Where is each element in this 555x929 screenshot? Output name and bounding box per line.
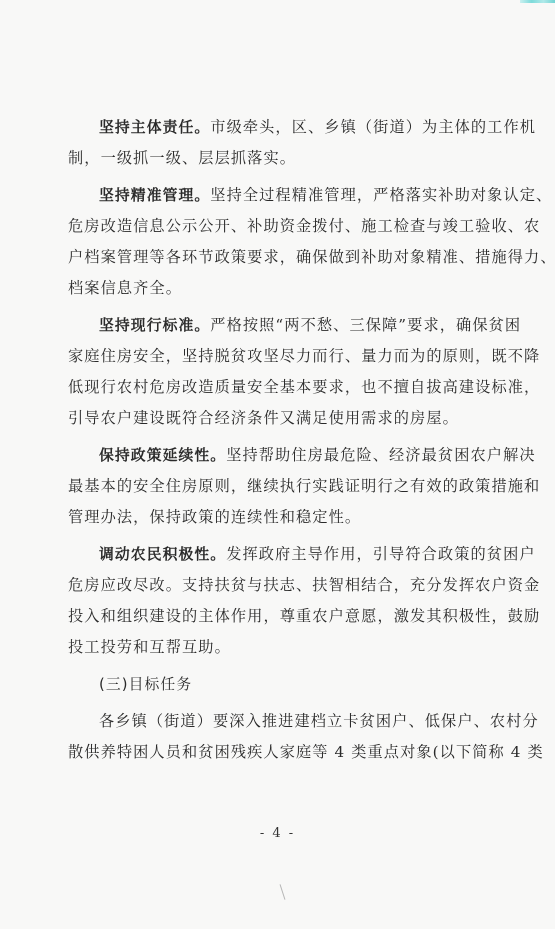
paragraph-lead: 调动农民积极性。 (99, 546, 226, 563)
paragraph-lead: 保持政策延续性。 (99, 447, 226, 464)
paragraph-text: 市级牵头，区、乡镇（街道）为主体的工作机 (210, 118, 536, 136)
text-line: 危房应改尽改。支持扶贫与扶志、扶智相结合，充分发挥农户资金 (68, 570, 484, 601)
text-line: 最基本的安全住房原则，继续执行实践证明行之有效的政策措施和 (68, 471, 484, 502)
text-line: 保持政策延续性。坚持帮助住房最危险、经济最贫困农户解决 (68, 440, 484, 471)
text-line: 管理办法，保持政策的连续性和稳定性。 (68, 502, 484, 533)
paragraph-lead: 坚持现行标准。 (99, 317, 210, 334)
paragraph-main-responsibility: 坚持主体责任。市级牵头，区、乡镇（街道）为主体的工作机 制，一级抓一级、层层抓落… (68, 112, 484, 174)
document-page: 坚持主体责任。市级牵头，区、乡镇（街道）为主体的工作机 制，一级抓一级、层层抓落… (68, 112, 484, 768)
paragraph-current-standards: 坚持现行标准。严格按照“两不愁、三保障”要求，确保贫困 家庭住房安全，坚持脱贫攻… (68, 310, 484, 434)
paragraph-lead: 坚持主体责任。 (99, 119, 210, 136)
paragraph-text: 坚持帮助住房最危险、经济最贫困农户解决 (226, 446, 535, 464)
page-number: - 4 - (0, 826, 555, 841)
text-line: 投工投劳和互帮互助。 (68, 632, 484, 663)
text-line: 危房改造信息公示公开、补助资金拨付、施工检查与竣工验收、农 (68, 211, 484, 242)
text-line: 引导农户建设既符合经济条件又满足使用需求的房屋。 (68, 403, 484, 434)
text-line: 低现行农村危房改造质量安全基本要求，也不擅自拔高建设标准， (68, 372, 484, 403)
text-line: 坚持精准管理。坚持全过程精准管理，严格落实补助对象认定、 (68, 180, 484, 211)
paragraph-target-tasks: 各乡镇（街道）要深入推进建档立卡贫困户、低保户、农村分 散供养特困人员和贫困残疾… (68, 706, 484, 768)
scan-artifact-mark (280, 884, 286, 900)
paragraph-farmer-motivation: 调动农民积极性。发挥政府主导作用，引导符合政策的贫困户 危房应改尽改。支持扶贫与… (68, 539, 484, 663)
text-line: 档案信息齐全。 (68, 273, 484, 304)
text-line: 制，一级抓一级、层层抓落实。 (68, 143, 484, 174)
paragraph-lead: 坚持精准管理。 (99, 187, 210, 204)
paragraph-policy-continuity: 保持政策延续性。坚持帮助住房最危险、经济最贫困农户解决 最基本的安全住房原则，继… (68, 440, 484, 533)
paragraph-text: 严格按照“两不愁、三保障”要求，确保贫困 (210, 316, 521, 334)
text-line: 家庭住房安全，坚持脱贫攻坚尽力而行、量力而为的原则，既不降 (68, 341, 484, 372)
paragraph-precise-management: 坚持精准管理。坚持全过程精准管理，严格落实补助对象认定、 危房改造信息公示公开、… (68, 180, 484, 304)
text-line: 散供养特困人员和贫困残疾人家庭等 4 类重点对象(以下简称 4 类 (68, 737, 484, 768)
scan-color-mark (520, 0, 555, 3)
section-heading: (三)目标任务 (68, 669, 484, 700)
paragraph-text: 坚持全过程精准管理，严格落实补助对象认定、 (210, 186, 552, 204)
paragraph-text: 发挥政府主导作用，引导符合政策的贫困户 (226, 545, 535, 563)
text-line: 坚持主体责任。市级牵头，区、乡镇（街道）为主体的工作机 (68, 112, 484, 143)
text-line: 投入和组织建设的主体作用，尊重农户意愿，激发其积极性，鼓励 (68, 601, 484, 632)
text-line: 各乡镇（街道）要深入推进建档立卡贫困户、低保户、农村分 (68, 706, 484, 737)
text-line: 户档案管理等各环节政策要求，确保做到补助对象精准、措施得力、 (68, 242, 484, 273)
text-line: 调动农民积极性。发挥政府主导作用，引导符合政策的贫困户 (68, 539, 484, 570)
text-line: 坚持现行标准。严格按照“两不愁、三保障”要求，确保贫困 (68, 310, 484, 341)
